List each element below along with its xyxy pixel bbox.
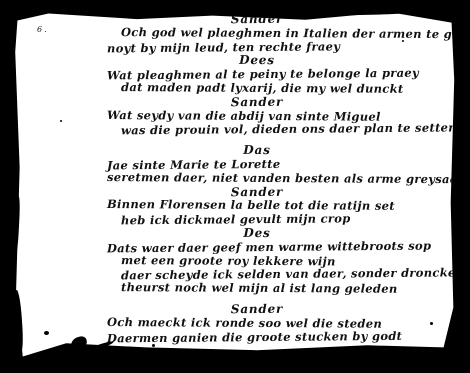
scan-speck: [240, 355, 243, 357]
manuscript-line: theurst noch wel mijn al ist lang gelede…: [121, 281, 427, 297]
scan-speck: [152, 344, 155, 347]
scan-speck: [402, 40, 404, 42]
manuscript-scan: 6. SanderOch god wel plaeghmen in Italie…: [0, 0, 470, 373]
ink-blot-small: [58, 346, 68, 352]
manuscript-line: Daermen ganien die groote stucken by god…: [107, 329, 427, 346]
folio-mark: 6.: [37, 25, 49, 34]
ink-speck: [44, 331, 49, 335]
scan-edge-noise: [360, 348, 440, 354]
scan-speck: [210, 339, 212, 341]
manuscript-lines: SanderOch god wel plaeghmen in Italien d…: [87, 13, 427, 344]
scan-edge-noise: [120, 352, 350, 356]
scan-speck: [430, 322, 433, 325]
scan-speck: [60, 120, 62, 122]
manuscript-line: was die prouin vol, dieden ons daer plan…: [121, 122, 427, 138]
manuscript-page: 6. SanderOch god wel plaeghmen in Italie…: [13, 10, 456, 360]
